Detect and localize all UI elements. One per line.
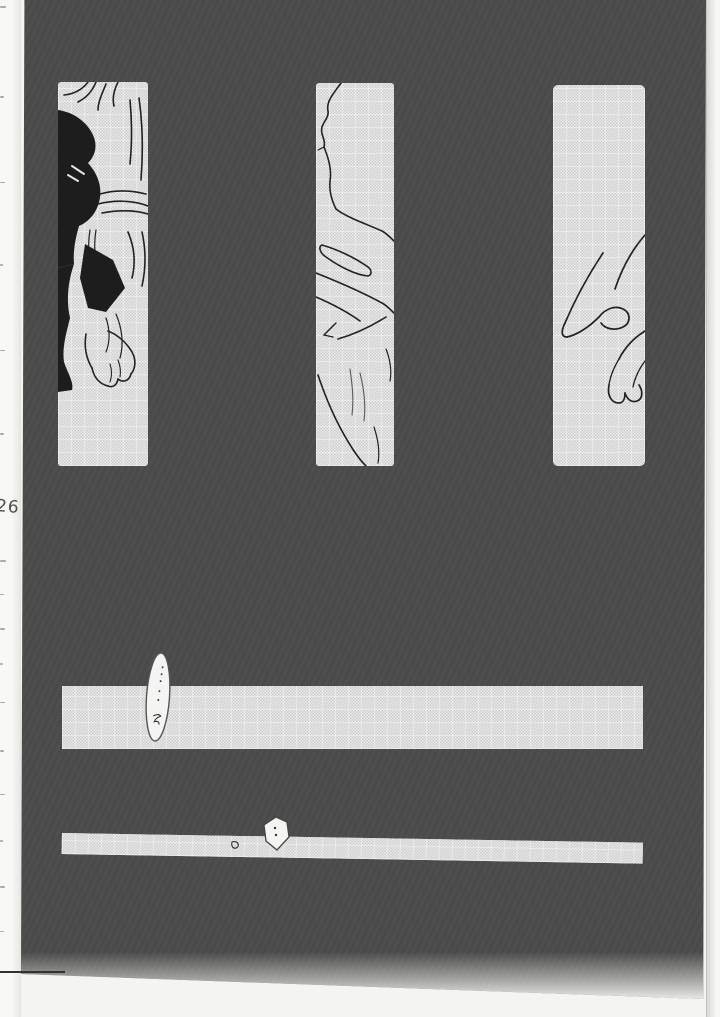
panel-artwork-1 [58, 82, 148, 466]
panel-artwork-3 [553, 85, 645, 466]
margin-pen-line [0, 971, 65, 973]
panel-artwork-2 [316, 83, 394, 466]
page-number: 26 [0, 496, 20, 518]
line-art-hands [316, 83, 394, 466]
line-art-figure [58, 82, 148, 466]
line-art-hand [553, 85, 645, 466]
speech-bubble-small [260, 815, 292, 853]
scanned-comic-page: 26 [0, 0, 720, 1017]
speech-bubble-vertical [143, 650, 173, 744]
handwritten-mark [229, 839, 241, 851]
right-page-edge [706, 0, 720, 1017]
